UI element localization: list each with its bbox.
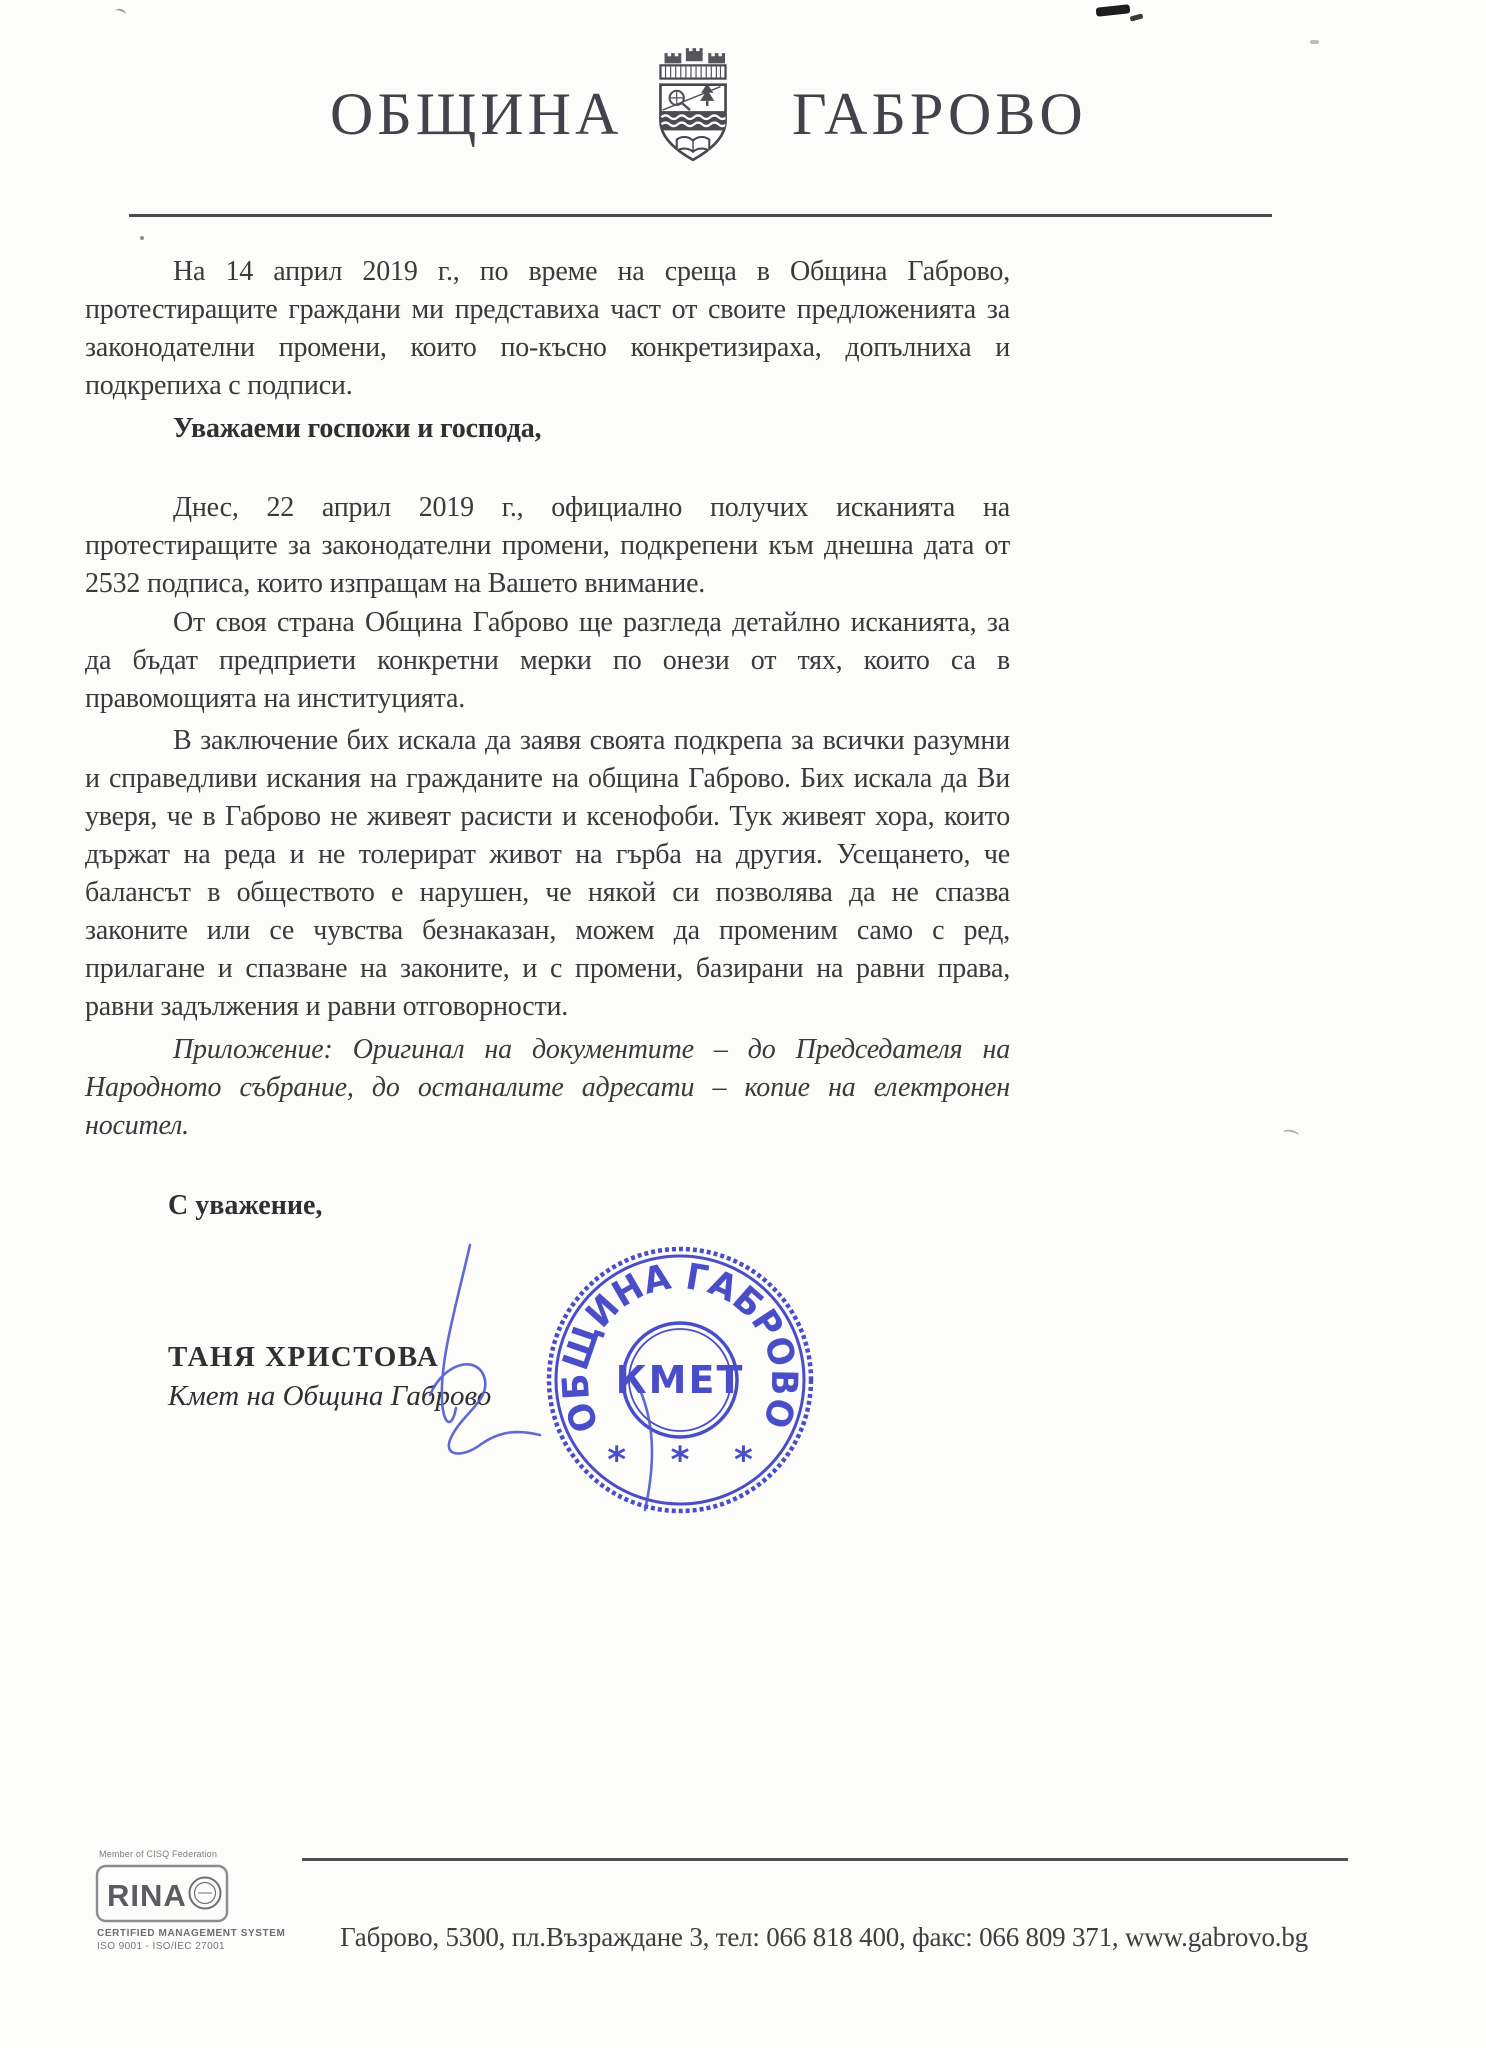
- paragraph-municipality: От своя страна Община Габрово ще разглед…: [85, 604, 1010, 718]
- stamp-and-signature: ОБЩИНА ГАБРОВО КМЕТ * * *: [380, 1200, 860, 1570]
- emblem-crown: [665, 48, 725, 63]
- scan-artifact: [1130, 13, 1144, 21]
- scanned-letter-page: ОБЩИНА: [0, 0, 1486, 2048]
- rina-logo-text: RINA: [107, 1878, 187, 1913]
- paragraph-demands: Днес, 22 април 2019 г., официално получи…: [85, 489, 1010, 603]
- scan-artifact: [1096, 4, 1131, 17]
- salutation: Уважаеми госпожи и господа,: [85, 410, 1010, 448]
- cert-system-label: CERTIFIED MANAGEMENT SYSTEM: [97, 1928, 285, 1939]
- iso-standards-label: ISO 9001 - ISO/IEC 27001: [97, 1941, 225, 1952]
- stamp-center-text: КМЕТ: [616, 1358, 745, 1402]
- footer-divider: [302, 1858, 1348, 1861]
- mayor-stamp: ОБЩИНА ГАБРОВО КМЕТ * * *: [549, 1249, 811, 1511]
- footer-address: Габрово, 5300, пл.Възраждане 3, тел: 066…: [300, 1922, 1348, 1953]
- paragraph-meeting: На 14 април 2019 г., по време на среща в…: [85, 253, 1010, 405]
- header-divider: [129, 214, 1272, 217]
- scan-artifact: [114, 7, 127, 17]
- stamp-bottom-marks: * * *: [607, 1440, 769, 1481]
- scan-artifact: [140, 236, 144, 240]
- paragraph-conclusion: В заключение бих искала да заявя своята …: [85, 722, 1010, 1026]
- org-name-left: ОБЩИНА: [330, 84, 622, 144]
- cisq-member-note: Member of CISQ Federation: [99, 1849, 217, 1859]
- closing: С уважение,: [168, 1186, 322, 1225]
- scan-artifact: [1282, 1128, 1299, 1139]
- rina-certification-logo: RINA: [95, 1864, 235, 1924]
- org-name-right: ГАБРОВО: [792, 84, 1087, 144]
- scan-artifact: [1310, 40, 1319, 44]
- gabrovo-coat-of-arms-icon: [648, 44, 738, 166]
- attachment-note: Приложение: Оригинал на документите – до…: [85, 1031, 1010, 1145]
